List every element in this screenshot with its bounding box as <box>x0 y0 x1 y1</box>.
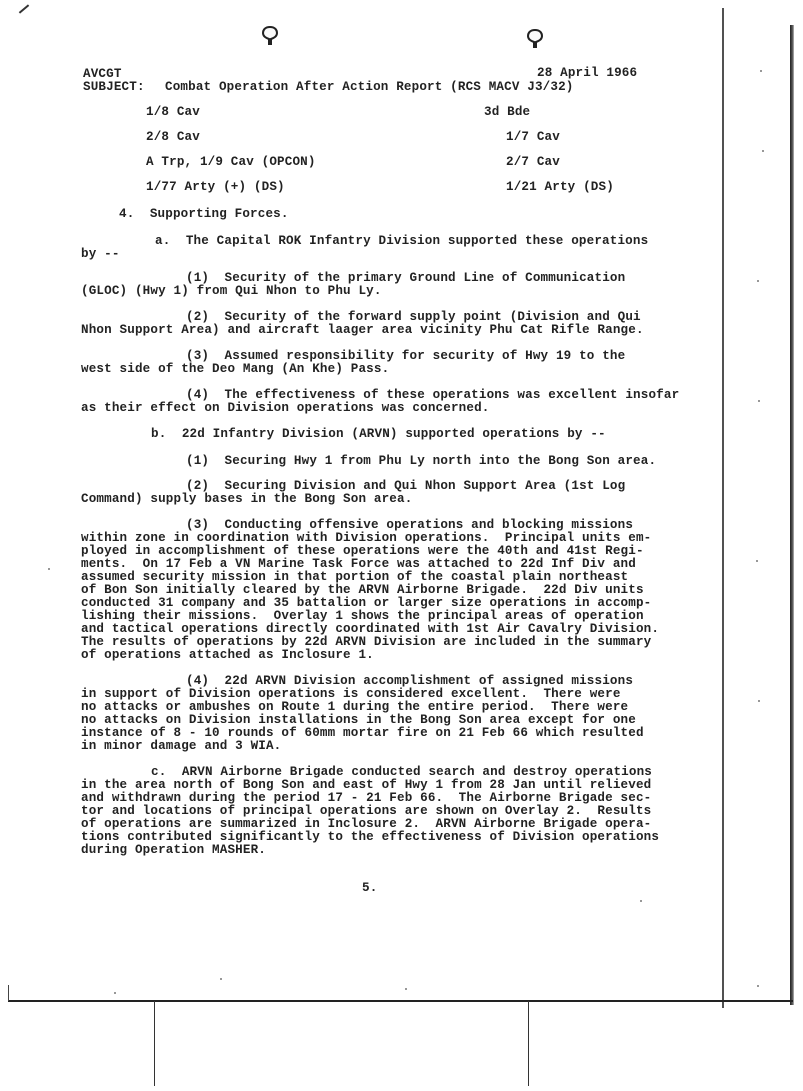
punch-hole-icon <box>527 29 543 49</box>
scan-speck <box>758 400 760 402</box>
scan-speck <box>757 985 759 987</box>
scan-speck <box>762 150 764 152</box>
scan-speck <box>758 700 760 702</box>
scan-speck <box>757 280 759 282</box>
scan-speck <box>48 568 50 570</box>
unit-left: 1/8 Cav <box>146 106 200 119</box>
unit-right: 2/7 Cav <box>506 156 560 169</box>
scan-speck <box>760 70 762 72</box>
unit-left: 2/8 Cav <box>146 131 200 144</box>
section-heading: 4. Supporting Forces. <box>119 208 289 221</box>
page-number: 5. <box>362 882 377 895</box>
unit-left: 1/77 Arty (+) (DS) <box>146 181 285 194</box>
paragraph-c-line: during Operation MASHER. <box>81 844 266 857</box>
paragraph-b-line: b. 22d Infantry Division (ARVN) supporte… <box>151 428 606 441</box>
paragraph-a-line: by -- <box>81 248 120 261</box>
subject-label: SUBJECT: <box>83 81 145 94</box>
scan-corner-mark <box>19 4 29 13</box>
paragraph-b4-line: in minor damage and 3 WIA. <box>81 740 281 753</box>
paragraph-b2-line: Command) supply bases in the Bong Son ar… <box>81 493 412 506</box>
paragraph-b1-line: (1) Securing Hwy 1 from Phu Ly north int… <box>186 455 656 468</box>
binder-line-right <box>528 1001 529 1086</box>
page-left-edge-tick <box>8 985 9 1001</box>
paragraph-b3-line: of operations attached as Inclosure 1. <box>81 649 374 662</box>
unit-left: A Trp, 1/9 Cav (OPCON) <box>146 156 316 169</box>
scan-speck <box>405 988 407 990</box>
document-page: AVCGT 28 April 1966 SUBJECT: Combat Oper… <box>0 0 803 1091</box>
scan-speck <box>114 992 116 994</box>
scan-speck <box>640 900 642 902</box>
scan-speck <box>756 560 758 562</box>
scan-speck <box>220 978 222 980</box>
paragraph-a4-line: as their effect on Division operations w… <box>81 402 490 415</box>
binder-line-left <box>154 1001 155 1086</box>
page-bottom-edge <box>8 1000 793 1002</box>
paragraph-a2-line: Nhon Support Area) and aircraft laager a… <box>81 324 644 337</box>
unit-right: 1/7 Cav <box>506 131 560 144</box>
paragraph-a3-line: west side of the Deo Mang (An Khe) Pass. <box>81 363 389 376</box>
scan-edge-shadow <box>790 25 794 1005</box>
paragraph-a-line: a. The Capital ROK Infantry Division sup… <box>155 235 648 248</box>
document-date: 28 April 1966 <box>537 67 637 80</box>
unit-right-heading: 3d Bde <box>484 106 530 119</box>
paragraph-a1-line: (GLOC) (Hwy 1) from Qui Nhon to Phu Ly. <box>81 285 382 298</box>
subject-text: Combat Operation After Action Report (RC… <box>165 81 574 94</box>
unit-right: 1/21 Arty (DS) <box>506 181 614 194</box>
punch-hole-icon <box>262 26 278 46</box>
page-fold-line <box>722 8 724 1008</box>
